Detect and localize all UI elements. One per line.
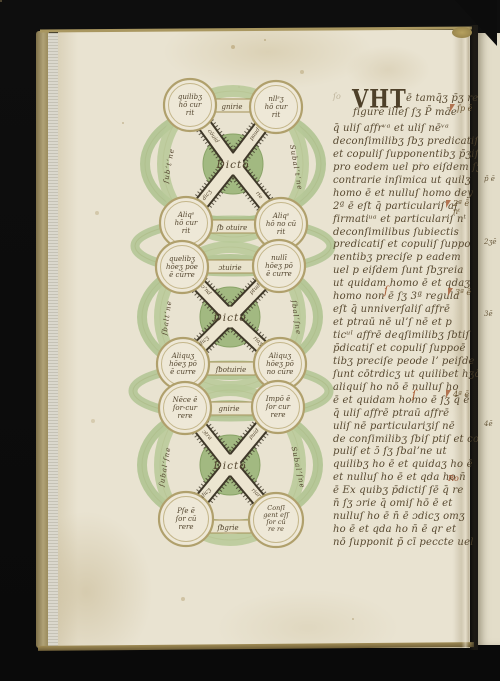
margin-note-sub: nᵗ [453,208,469,216]
text-line: homo non ē ſʒ 3ª regula [333,291,467,304]
text-body: q̄ uliſ affrᵛᵃ et uliſ nēᵛᵃ deconſimilib… [333,88,467,550]
text-column: VHT ē tamq̄ʒ p̄ʒ re figure illeſ ſʒ P̄ m… [333,88,467,550]
text-line: uliſ nē particulariʒiſ nē [333,421,467,434]
text-line: ē Ex quibʒ p̄dictiſ ſē q̄ re [333,485,467,498]
text-line: deconſimilibʒ ſbʒ predicatiſ [333,136,467,149]
text-line: p̄dicatiſ et copuliſ ſuppoē [333,343,467,356]
text-line: predicatiſ et copuliſ ſuppo [333,239,467,252]
margin-note: 3ª ē [448,288,471,297]
margin-note: 4ª ē [446,390,469,399]
text-line: contrarie inſimica ut quilʒ [333,175,467,188]
parchment-speckles [0,0,2,2]
text-line: et ptraū nē ulʼſ nē et p [333,317,467,330]
text-line: quilibʒ ho ē et quidaʒ ho ē [333,459,467,472]
facing-page-note: 4ē [484,420,493,428]
text-line: de conſimilibʒ ſbiſ ptiſ et co [333,434,467,447]
text-line: q̄ uliſ affrē ptraū affrē [333,408,467,421]
text-line: nentibʒ preciſe p eadem [333,252,467,265]
text-line: et copuliſ ſupponentibʒ p̄ʒiſe [333,149,467,162]
margin-note-text: 4ª ē [453,390,469,399]
text-line: n̄ ſʒ ɔrie q̄ omiſ hō ē et [333,498,467,511]
rubric-mark: ſ [412,388,416,401]
text-line: ticᵘˡ affrē deqſimilibʒ ſbtiſ [333,330,467,343]
margin-flag-icon [450,104,455,112]
text-line: figure illeſ ſʒ P̄ māe [353,107,457,120]
rubric-mark: ſ [384,284,388,297]
margin-flag-icon [446,390,451,398]
text-line: puliſ et ɔ̄ ſʒ ſbalʼne ut [333,446,467,459]
manuscript-photo: Dicto gnirie ſƀ otuire ſubʼtʼne Subalʼtʼ… [0,0,500,681]
gutter-shadow [469,25,478,650]
text-line: eſt q̄ unniverſaliſ affrē [333,304,467,317]
text-line: deconſimilibus ſubiectis [333,227,467,240]
text-line: uel p eiſdem ſunt ſbʒreia [333,265,467,278]
margin-note: 2ª ēnᵗ [446,200,469,216]
facing-page-note: 3ē [484,310,493,318]
facing-page-edge: p̄ ē 2ʒē 3ē 4ē [478,33,500,645]
text-line: et nulluſ ho ē et qda ho n̄ [333,472,467,485]
margin-note: Ro [448,474,459,483]
facing-page-note: p̄ ē [484,175,495,183]
text-line: ho ē et qda ho n̄ ē qr et [333,524,467,537]
margin-flag-icon [446,200,451,208]
facing-page-note: 2ʒē [484,238,497,246]
corner-damage-spot [452,27,472,38]
photo-corner-black-wedge [455,0,497,46]
margin-note-text: Ro [448,474,459,483]
text-line: homo ē et nulluſ homo dey [333,188,467,201]
text-line: nulluſ ho ē n̄ ē ɔdicʒ omʒ [333,511,467,524]
text-line: ſunt cōtrdicʒ ut quilibet hʒō [333,369,467,382]
text-line: tibʒ preciſe peode lʼ peiſde [333,356,467,369]
text-line: pro eodem uel pro eiſdem ſʒ [333,162,467,175]
faint-margin-mark: ſo [333,92,341,101]
text-line: q̄ uliſ affrᵛᵃ et uliſ nēᵛᵃ [333,123,467,136]
margin-flag-icon [448,288,453,296]
text-line: nō ſupponit p̄ cī peccte uel [333,537,467,550]
text-line: ut quidam homo ē et qdaʒ [333,278,467,291]
